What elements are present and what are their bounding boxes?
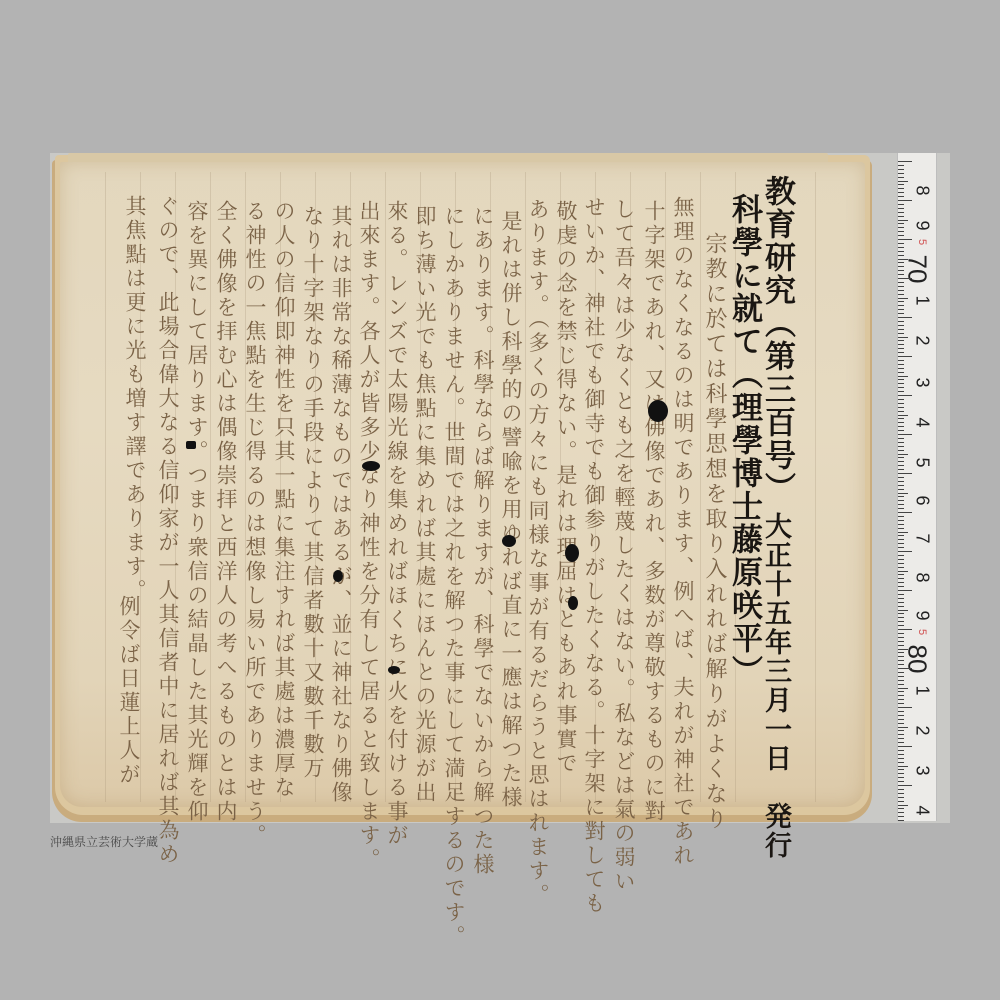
ruler-tick (898, 403, 904, 404)
body-column: 容を異にして居ります。つまり衆信の結晶した其光輝を仰 (186, 200, 207, 824)
ruler-tick (898, 590, 912, 591)
ruler-label: 4 (912, 800, 933, 822)
ruler-tick (898, 356, 912, 357)
title-line-date: 大正十五年三月一日 発行 (762, 512, 789, 860)
ruler-tick (898, 594, 904, 595)
ruler-label: 3 (912, 372, 933, 394)
ruler-tick (898, 727, 908, 728)
ink-blot (502, 535, 516, 547)
ruler-tick (898, 266, 904, 267)
ruler-label: 1 (912, 290, 933, 312)
ruler-tick (898, 567, 904, 568)
ruler-tick (898, 200, 912, 201)
body-column: なり十字架なりの手段によりて其信者數十又數千數万 (302, 205, 323, 781)
body-column: 是れは併し科學的の譬喩を用ゆれば直に一應は解つた様 (500, 210, 521, 810)
ruler-tick (898, 364, 904, 365)
ruler-tick (898, 524, 904, 525)
ruler-tick (898, 793, 904, 794)
ruler-tick (898, 559, 904, 560)
ruler-tick (898, 259, 908, 260)
ruler-tick (898, 719, 904, 720)
ruler-tick (898, 446, 904, 447)
ruler-tick (898, 808, 904, 809)
ink-blot (568, 596, 578, 610)
body-column: 無理のなくなるのは明であります、例へば、夫れが神社であれ (672, 196, 693, 868)
ruler-tick (898, 496, 904, 497)
ruler-tick (898, 625, 904, 626)
ruler-tick (898, 633, 904, 634)
ruler-tick (898, 481, 904, 482)
ruler-tick (898, 192, 904, 193)
ruler-tick (898, 473, 912, 474)
ruler-tick (898, 723, 904, 724)
ruler-tick (898, 262, 904, 263)
ruler-tick (898, 286, 904, 287)
ruler-tick (898, 551, 912, 552)
ruler-tick (898, 161, 912, 162)
ruler-label: 2 (912, 720, 933, 742)
ruler-tick (898, 212, 904, 213)
ruler-tick (898, 270, 904, 271)
ruler-tick (898, 508, 904, 509)
ruler-tick (898, 313, 904, 314)
ruler-tick (898, 344, 904, 345)
ruler-tick (898, 758, 904, 759)
body-column: 敬虔の念を禁じ得ない。是れは理屈はともあれ事實で (555, 200, 576, 776)
ruler-tick (898, 368, 904, 369)
ruler-tick (898, 606, 904, 607)
ruler-tick (898, 785, 912, 786)
ruler-label: 6 (912, 490, 933, 512)
body-column: にしかありません。世間では之れを解つた事にして満足するのです。 (443, 205, 464, 949)
ruler-tick (898, 274, 904, 275)
title-line-article: 科學に就て（理學博士藤原咲平） (728, 193, 759, 688)
ruled-line (210, 172, 211, 802)
ruler-tick (898, 278, 912, 279)
ruler-tick (898, 781, 904, 782)
ruler-tick (898, 707, 912, 708)
ruler-label: 3 (912, 760, 933, 782)
ruler-tick (898, 469, 904, 470)
ruler-tick (898, 805, 908, 806)
ruler-tick (898, 801, 904, 802)
ruler-label: 7 (912, 528, 933, 550)
ruler-tick (898, 465, 904, 466)
ruler-tick (898, 652, 904, 653)
ink-blot (648, 400, 668, 422)
ruler-tick (898, 617, 904, 618)
ruler-label: 8 (912, 180, 933, 202)
ruler-tick (898, 223, 904, 224)
ruler-tick (898, 613, 904, 614)
body-column: にあります。科學ならば解りますが、科學でないから解つた様 (472, 205, 493, 877)
ink-blot (565, 544, 579, 562)
ruler-tick (898, 691, 904, 692)
ruler-tick (898, 383, 904, 384)
ruler-tick (898, 422, 904, 423)
ink-blot (388, 666, 400, 674)
ruler-tick (898, 610, 908, 611)
ruler-tick (898, 766, 908, 767)
ruler-tick (898, 504, 904, 505)
ruler-tick (898, 547, 904, 548)
ruler-tick (898, 493, 908, 494)
ruler-tick (898, 340, 904, 341)
body-column: 其焦點は更に光も増す譯であります。 (124, 195, 145, 603)
ruler-tick (898, 797, 904, 798)
ruler-tick (898, 426, 904, 427)
ruler-tick (898, 181, 908, 182)
ruler-tick (898, 680, 904, 681)
body-column: 出來ます。各人が皆多少なり神性を分有して居ると致します。 (358, 200, 379, 872)
ruler-tick (898, 512, 912, 513)
ruler-tick (898, 165, 904, 166)
ruler-tick (898, 532, 908, 533)
ruler-tick (898, 629, 912, 630)
ruler-tick (898, 676, 904, 677)
ruler-tick (898, 555, 904, 556)
ruler-tick (898, 239, 912, 240)
ruler-tick (898, 235, 904, 236)
ruler-tick (898, 298, 908, 299)
ruler-tick (898, 528, 904, 529)
ruler-tick (898, 598, 904, 599)
ruler-tick (898, 703, 904, 704)
ruler-label: 2 (912, 330, 933, 352)
ruler-label: 1 (912, 680, 933, 702)
ruler-tick (898, 177, 904, 178)
ruler-tick (898, 571, 908, 572)
ruler-tick (898, 586, 904, 587)
body-column: あります。（多くの方々にも同様な事が有るだらうと思はれます。 (527, 198, 548, 908)
ruler-tick (898, 730, 904, 731)
ruler-tick (898, 216, 904, 217)
ruler-tick (898, 231, 904, 232)
ruler-tick (898, 184, 904, 185)
ruler-tick (898, 789, 904, 790)
ruler-tick (898, 672, 904, 673)
body-column: ぐので、此場合偉大なる信仰家が一人其信者中に居れば其為め (157, 195, 178, 867)
body-column: せいか、神社でも御寺でも御参りがしたくなる。十字架に對しても (583, 196, 604, 916)
ruler-tick (898, 684, 904, 685)
ruler-tick (898, 418, 904, 419)
ruler-tick (898, 282, 904, 283)
ruler-tick (898, 376, 908, 377)
ruler-label: 5 (912, 452, 933, 474)
ruler-tick (898, 333, 904, 334)
body-column: 十字架であれ、又は佛像であれ、多数が尊敬するものに對 (643, 200, 664, 824)
ruler-tick (898, 621, 904, 622)
ruler-tick (898, 746, 912, 747)
ink-blot (333, 570, 343, 582)
body-column: して吾々は少なくとも之を輕蔑したくはない。私などは氣の弱い (613, 198, 634, 894)
body-column: の人の信仰即神性を只其一點に集注すれば其處は濃厚な (273, 200, 294, 800)
ruler-tick (898, 317, 912, 318)
ruler-tick (898, 360, 904, 361)
ruler-tick (898, 169, 904, 170)
ruler-tick (898, 372, 904, 373)
ruler-tick (898, 820, 904, 821)
ruler-tick (898, 641, 904, 642)
measurement-ruler: 8 9 5 70 1 2 3 4 5 6 7 8 9 5 80 1 2 3 4 (897, 153, 937, 821)
ruler-tick (898, 688, 908, 689)
ink-blot (186, 441, 196, 449)
ruler-tick (898, 660, 904, 661)
ruler-tick (898, 699, 904, 700)
ruler-tick (898, 535, 904, 536)
ruler-tick (898, 188, 904, 189)
ruler-label: 8 (912, 567, 933, 589)
ruler-tick (898, 208, 904, 209)
ruler-tick (898, 294, 904, 295)
body-column: る神性の一焦點を生じ得るのは想像し易い所でありませう。 (244, 200, 265, 848)
ruled-line (815, 172, 816, 802)
ruler-tick (898, 325, 904, 326)
ruler-tick (898, 563, 904, 564)
ruler-tick (898, 227, 904, 228)
ruler-tick (898, 196, 904, 197)
ruler-tick (898, 754, 904, 755)
ruler-tick (898, 695, 904, 696)
ruler-tick (898, 301, 904, 302)
ruled-line (105, 172, 106, 802)
ruler-tick (898, 539, 904, 540)
ruler-tick (898, 664, 904, 665)
ruler-tick (898, 578, 904, 579)
ruler-tick (898, 574, 904, 575)
ruler-tick (898, 407, 904, 408)
ruler-tick (898, 582, 904, 583)
ruler-tick (898, 387, 904, 388)
ruler-tick (898, 489, 904, 490)
ruler-tick (898, 734, 904, 735)
ruler-tick (898, 812, 904, 813)
ruler-tick (898, 337, 908, 338)
ruler-tick (898, 305, 904, 306)
ruler-label: 4 (912, 412, 933, 434)
ink-blot (362, 461, 380, 471)
ruler-tick (898, 434, 912, 435)
ruler-tick (898, 711, 904, 712)
ruler-tick (898, 379, 904, 380)
ruler-tick (898, 247, 904, 248)
ruler-tick (898, 477, 904, 478)
ruler-tick (898, 454, 908, 455)
ruler-tick (898, 762, 904, 763)
collection-credit: 沖縄県立芸術大学蔵 (50, 833, 158, 850)
body-column: 其れは非常な稀薄なものではあるが、並に神社なり佛像 (330, 205, 351, 805)
ruler-tick (898, 500, 904, 501)
ruler-tick (898, 352, 904, 353)
body-column: 例令ば日蓮上人が (118, 595, 139, 787)
ruler-tick (898, 442, 904, 443)
ruler-tick (898, 649, 908, 650)
ruler-tick (898, 738, 904, 739)
ruler-tick (898, 450, 904, 451)
ruler-tick (898, 220, 908, 221)
ruled-line (700, 172, 701, 802)
ruler-tick (898, 395, 912, 396)
ruler-tick (898, 516, 904, 517)
ruler-tick (898, 457, 904, 458)
body-column: 宗教に於ては科學思想を取り入れれば解りがよくなり (703, 232, 725, 832)
ruler-tick (898, 321, 904, 322)
ruler-tick (898, 430, 904, 431)
ruler-tick (898, 411, 904, 412)
ruler-tick (898, 602, 904, 603)
ruler-tick (898, 415, 908, 416)
ruler-tick (898, 520, 904, 521)
ruler-tick (898, 750, 904, 751)
ruler-tick (898, 243, 904, 244)
ruler-tick (898, 309, 904, 310)
ruler-tick (898, 816, 904, 817)
ruler-tick (898, 777, 904, 778)
ruler-tick (898, 742, 904, 743)
ruler-label-half: 5 (916, 621, 928, 643)
ruler-tick (898, 399, 904, 400)
ruler-tick (898, 543, 904, 544)
ruler-tick (898, 461, 904, 462)
ruler-tick (898, 204, 904, 205)
body-column: 即ち薄い光でも焦點に集めれば其處にほんとの光源が出 (414, 205, 435, 805)
body-column: 全く佛像を拝む心は偶像崇拝と西洋人の考へるものとは内 (215, 200, 236, 824)
ruler-tick (898, 290, 904, 291)
ruler-tick (898, 438, 904, 439)
ruler-tick (898, 773, 904, 774)
ruler-tick (898, 348, 904, 349)
ruler-tick (898, 637, 904, 638)
body-column: 來る。レンズで太陽光線を集めればほくちに火を付ける事が (386, 200, 407, 848)
ruler-tick (898, 656, 904, 657)
ruler-tick (898, 715, 904, 716)
ruler-tick (898, 251, 904, 252)
ruler-tick (898, 329, 904, 330)
title-line-journal: 教育研究（第三百号） (761, 175, 792, 505)
ruler-tick (898, 391, 904, 392)
ruler-tick (898, 645, 904, 646)
ruler-label-half: 5 (916, 231, 928, 253)
ruler-tick (898, 668, 912, 669)
ruler-tick (898, 769, 904, 770)
ruler-tick (898, 173, 904, 174)
ruler-tick (898, 485, 904, 486)
ruler-tick (898, 255, 904, 256)
